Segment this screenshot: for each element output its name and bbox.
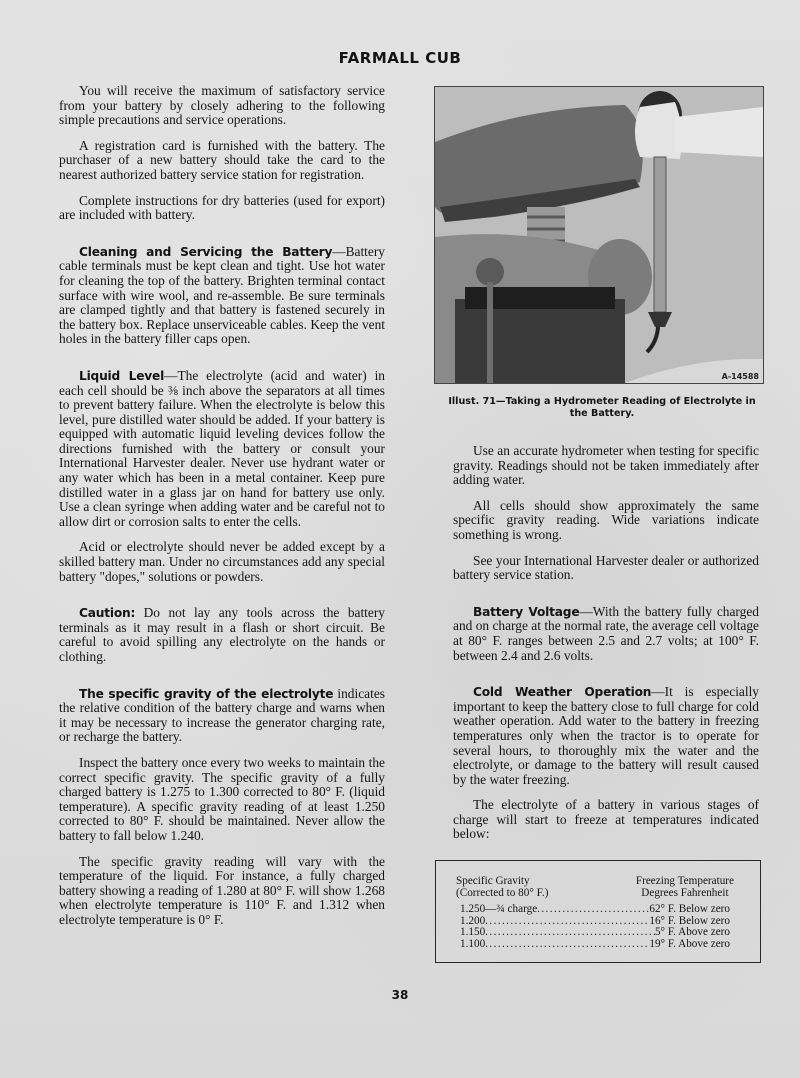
table-rows: 1.250—¾ charge 62° F. Below zero 1.200 1… <box>460 904 730 950</box>
acid-paragraph: Acid or electrolyte should never be adde… <box>59 540 385 584</box>
liquid-level-section: Liquid Level—The electrolyte (acid and w… <box>59 369 385 530</box>
gravity-value: 1.100 <box>460 939 485 951</box>
dot-leader <box>485 939 649 951</box>
table-row: 1.250—¾ charge 62° F. Below zero <box>460 904 730 916</box>
hydrometer-photo: A-14588 <box>434 86 764 384</box>
page-title: FARMALL CUB <box>0 49 800 67</box>
caution-section: Caution: Do not lay any tools across the… <box>59 606 385 664</box>
freeze-temp-value: 5° F. Above zero <box>655 927 730 939</box>
specific-gravity-heading: The specific gravity of the electrolyte <box>79 687 333 701</box>
hydrometer-paragraph: Use an accurate hydrometer when testing … <box>453 444 759 488</box>
dot-leader <box>485 916 649 928</box>
table-row: 1.100 19° F. Above zero <box>460 939 730 951</box>
cleaning-text: —Battery cable terminals must be kept cl… <box>59 244 385 347</box>
dry-battery-paragraph: Complete instructions for dry batteries … <box>59 194 385 223</box>
gravity-value: 1.200 <box>460 916 485 928</box>
temperature-column-header: Freezing Temperature Degrees Fahrenheit <box>636 876 734 899</box>
specific-gravity-section: The specific gravity of the electrolyte … <box>59 687 385 745</box>
caution-heading: Caution: <box>79 606 135 620</box>
intro-paragraph: You will receive the maximum of satisfac… <box>59 84 385 128</box>
cold-weather-text: —It is especially important to keep the … <box>453 684 759 787</box>
cold-weather-heading: Cold Weather Operation <box>473 685 651 699</box>
table-row: 1.150 5° F. Above zero <box>460 927 730 939</box>
cells-paragraph: All cells should show approximately the … <box>453 499 759 543</box>
dot-leader <box>537 904 649 916</box>
figure-id-label: A-14588 <box>722 372 759 381</box>
voltage-section: Battery Voltage—With the battery fully c… <box>453 605 759 663</box>
cleaning-heading: Cleaning and Servicing the Battery <box>79 245 332 259</box>
registration-paragraph: A registration card is furnished with th… <box>59 139 385 183</box>
gravity-header-line2: (Corrected to 80° F.) <box>456 888 548 900</box>
manual-page: FARMALL CUB You will receive the maximum… <box>0 0 800 1078</box>
liquid-level-heading: Liquid Level <box>79 369 164 383</box>
gravity-column-header: Specific Gravity (Corrected to 80° F.) <box>456 876 548 899</box>
figure-caption: Illust. 71—Taking a Hydrometer Reading o… <box>440 396 764 420</box>
voltage-heading: Battery Voltage <box>473 605 579 619</box>
cleaning-section: Cleaning and Servicing the Battery—Batte… <box>59 245 385 347</box>
gravity-value: 1.250—¾ charge <box>460 904 537 916</box>
temperature-header-line2: Degrees Fahrenheit <box>636 888 734 900</box>
freeze-temp-value: 19° F. Above zero <box>649 939 730 951</box>
freeze-temp-value: 16° F. Below zero <box>649 916 730 928</box>
table-row: 1.200 16° F. Below zero <box>460 916 730 928</box>
page-number: 38 <box>0 988 800 1002</box>
cold-weather-section: Cold Weather Operation—It is especially … <box>453 685 759 787</box>
table-header: Specific Gravity (Corrected to 80° F.) F… <box>456 876 734 899</box>
freeze-paragraph: The electrolyte of a battery in various … <box>453 798 759 842</box>
dot-leader <box>485 927 655 939</box>
temperature-header-line1: Freezing Temperature <box>636 876 734 888</box>
gravity-temperature-paragraph: The specific gravity reading will vary w… <box>59 855 385 928</box>
freezing-temperature-table: Specific Gravity (Corrected to 80° F.) F… <box>435 860 761 963</box>
right-column: Use an accurate hydrometer when testing … <box>453 444 759 853</box>
left-column: You will receive the maximum of satisfac… <box>59 84 385 939</box>
inspect-paragraph: Inspect the battery once every two weeks… <box>59 756 385 844</box>
gravity-value: 1.150 <box>460 927 485 939</box>
hydrometer-illustration <box>435 87 763 383</box>
freeze-temp-value: 62° F. Below zero <box>649 904 730 916</box>
liquid-level-text: —The electrolyte (acid and water) in eac… <box>59 368 385 529</box>
gravity-header-line1: Specific Gravity <box>456 876 548 888</box>
dealer-paragraph: See your International Harvester dealer … <box>453 554 759 583</box>
